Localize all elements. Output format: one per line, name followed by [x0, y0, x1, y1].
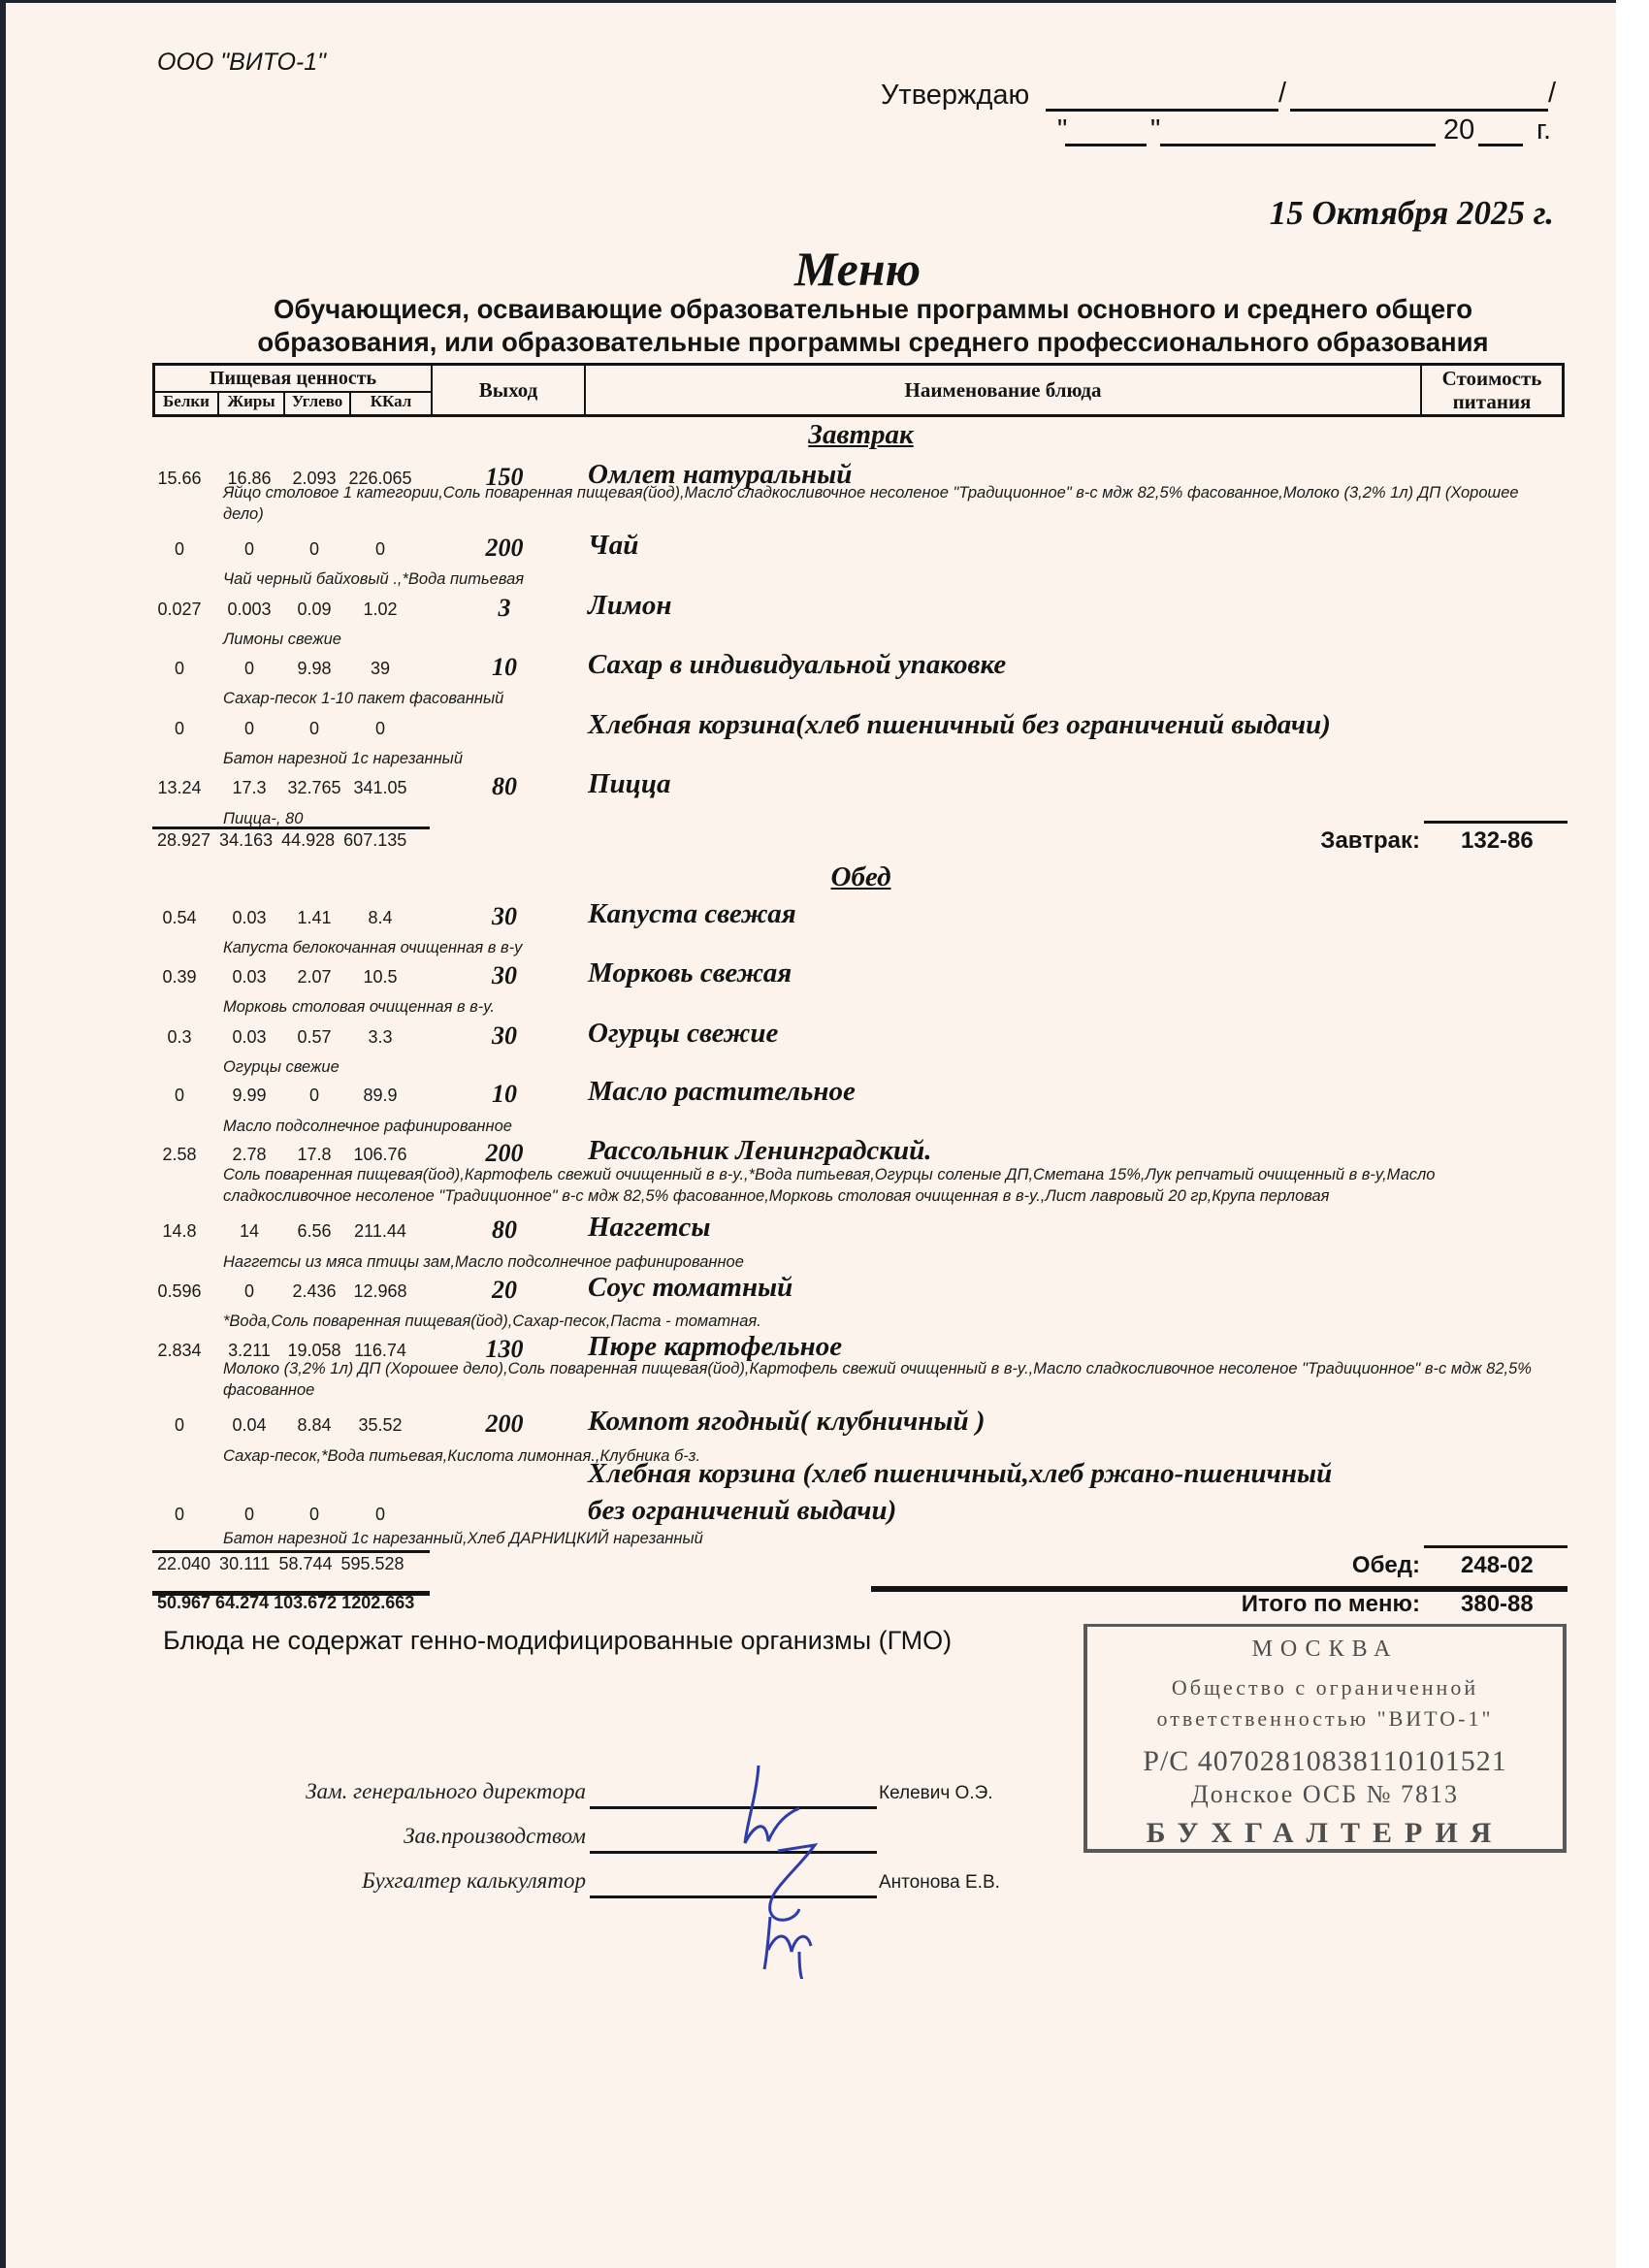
nutrition-kcal: 341.05 — [345, 778, 415, 798]
dish-ingredients: Яйцо столовое 1 категории,Соль поваренна… — [223, 482, 1562, 525]
nutrition-protein: 0 — [145, 1505, 214, 1525]
nutrition-carbs: 2.07 — [279, 967, 349, 988]
dish-yield: 200 — [466, 1409, 543, 1439]
nutrition-protein: 14.8 — [145, 1221, 214, 1242]
nutrition-kcal: 8.4 — [345, 908, 415, 928]
nutrition-kcal: 0 — [345, 539, 415, 560]
approve-slash: / — [1278, 78, 1286, 110]
grand-nutrition-totals: 50.967 64.274 103.672 1202.663 — [157, 1593, 414, 1613]
nutrition-protein: 0.027 — [145, 599, 214, 620]
nutrition-group-label: Пищевая ценность — [155, 366, 431, 393]
scan-edge-top — [0, 0, 1616, 3]
nutrition-carbs: 32.765 — [279, 778, 349, 798]
dish-ingredients: Молоко (3,2% 1л) ДП (Хорошее дело),Соль … — [223, 1358, 1562, 1401]
dish-ingredients: Батон нарезной 1с нарезанный,Хлеб ДАРНИЦ… — [223, 1528, 1562, 1549]
stamp-bank: Донское ОСБ № 7813 — [1087, 1780, 1563, 1809]
document-date: 15 Октября 2025 г. — [1270, 194, 1554, 233]
dish-name: Хлебная корзина(хлеб пшеничный без огран… — [588, 709, 1331, 741]
scan-edge-left — [0, 0, 6, 2268]
nutrition-protein: 2.834 — [145, 1341, 214, 1361]
nutrition-fat: 9.99 — [214, 1085, 284, 1106]
dish-yield: 3 — [466, 594, 543, 623]
nutrition-kcal: 3.3 — [345, 1027, 415, 1048]
nutrition-protein: 0.54 — [145, 908, 214, 928]
nutrition-fat: 0 — [214, 1505, 284, 1525]
grand-total-value: 380-88 — [1461, 1591, 1534, 1618]
section-title: Обед — [0, 861, 1649, 893]
section-cost-label: Завтрак: — [1164, 827, 1420, 855]
nutrition-protein: 0.596 — [145, 1281, 214, 1302]
stamp-line-2: ответственностью "ВИТО-1" — [1087, 1706, 1563, 1732]
handwritten-signatures — [718, 1727, 873, 1979]
col-protein: Белки — [155, 392, 219, 415]
signature-role: Зав.производством — [237, 1824, 586, 1849]
nutrition-header-cell: Пищевая ценность Белки Жиры Углево ККал — [155, 366, 433, 414]
nutrition-carbs: 8.84 — [279, 1415, 349, 1436]
nutrition-carbs: 1.41 — [279, 908, 349, 928]
dish-name: Огурцы свежие — [588, 1018, 778, 1050]
nutrition-kcal: 35.52 — [345, 1415, 415, 1436]
signatory-name: Келевич О.Э. — [879, 1783, 993, 1804]
dish-yield: 10 — [466, 1080, 543, 1109]
stamp-account: Р/С 40702810838110101521 — [1087, 1745, 1563, 1778]
dish-ingredients: Батон нарезной 1с нарезанный — [223, 748, 1562, 769]
company-name: ООО "ВИТО-1" — [157, 49, 326, 77]
nutrition-kcal: 1.02 — [345, 599, 415, 620]
nutrition-kcal: 39 — [345, 659, 415, 679]
approve-label: Утверждаю — [881, 80, 1029, 112]
gmo-note: Блюда не содержат генно-модифицированные… — [163, 1626, 952, 1656]
year-line — [1478, 144, 1523, 146]
nutrition-carbs: 2.436 — [279, 1281, 349, 1302]
year-prefix: 20 — [1443, 114, 1474, 146]
dish-ingredients: *Вода,Соль поваренная пищевая(йод),Сахар… — [223, 1311, 1562, 1332]
month-line — [1160, 144, 1436, 146]
nutrition-carbs: 9.98 — [279, 659, 349, 679]
stamp-department: БУХГАЛТЕРИЯ — [1087, 1817, 1563, 1850]
dish-ingredients: Чай черный байховый .,*Вода питьевая — [223, 568, 1562, 590]
day-line — [1065, 144, 1147, 146]
dish-name: Масло растительное — [588, 1076, 856, 1108]
signatory-name: Антонова Е.В. — [879, 1872, 1000, 1894]
dish-ingredients: Масло подсолнечное рафинированное — [223, 1116, 1562, 1137]
section-cost-rule — [1424, 1545, 1568, 1548]
nutrition-fat: 2.78 — [214, 1145, 284, 1165]
nutrition-fat: 0.03 — [214, 967, 284, 988]
nutrition-protein: 0 — [145, 1085, 214, 1106]
accounting-stamp: МОСКВА Общество с ограниченной ответстве… — [1083, 1624, 1567, 1853]
signature-role: Зам. генерального директора — [237, 1779, 586, 1804]
signature-role: Бухгалтер калькулятор — [237, 1868, 586, 1894]
nutrition-carbs: 17.8 — [279, 1145, 349, 1165]
stamp-city: МОСКВА — [1087, 1636, 1563, 1663]
dish-ingredients: Огурцы свежие — [223, 1056, 1562, 1078]
dish-ingredients: Наггетсы из мяса птицы зам,Масло подсолн… — [223, 1251, 1562, 1273]
nutrition-carbs: 0.57 — [279, 1027, 349, 1048]
dish-name: Сахар в индивидуальной упаковке — [588, 649, 1006, 681]
nutrition-carbs: 0 — [279, 1505, 349, 1525]
nutrition-protein: 0 — [145, 539, 214, 560]
section-title: Завтрак — [0, 419, 1649, 451]
section-nutrition-totals: 22.040 30.111 58.744 595.528 — [157, 1554, 404, 1574]
dish-name: Соус томатный — [588, 1272, 792, 1304]
section-nutrition-totals: 28.927 34.163 44.928 607.135 — [157, 830, 406, 851]
page-subtitle: Обучающиеся, осваивающие образовательные… — [194, 293, 1552, 359]
nutrition-fat: 0 — [214, 1281, 284, 1302]
dish-yield: 80 — [466, 772, 543, 801]
nutrition-protein: 2.58 — [145, 1145, 214, 1165]
section-total-rule — [152, 1550, 430, 1553]
menu-table-header: Пищевая ценность Белки Жиры Углево ККал … — [152, 363, 1565, 417]
nutrition-fat: 17.3 — [214, 778, 284, 798]
nutrition-kcal: 0 — [345, 1505, 415, 1525]
section-cost-label: Обед: — [1164, 1552, 1420, 1579]
dish-name: Морковь свежая — [588, 957, 792, 989]
col-carbs: Углево — [285, 392, 351, 415]
nutrition-fat: 0.03 — [214, 908, 284, 928]
section-total-rule — [152, 826, 430, 829]
nutrition-fat: 14 — [214, 1221, 284, 1242]
nutrition-kcal: 89.9 — [345, 1085, 415, 1106]
dish-name: Лимон — [588, 590, 672, 622]
nutrition-fat: 0 — [214, 719, 284, 739]
dish-yield: 200 — [466, 534, 543, 563]
nutrition-kcal: 106.76 — [345, 1145, 415, 1165]
date-quote-close: " — [1150, 114, 1160, 146]
nutrition-protein: 13.24 — [145, 778, 214, 798]
nutrition-protein: 0 — [145, 659, 214, 679]
dish-name: Чай — [588, 530, 638, 562]
dish-name: Компот ягодный( клубничный ) — [588, 1406, 986, 1438]
dish-ingredients: Сахар-песок 1-10 пакет фасованный — [223, 688, 1562, 709]
nutrition-kcal: 0 — [345, 719, 415, 739]
col-fat: Жиры — [219, 392, 285, 415]
nutrition-kcal: 10.5 — [345, 967, 415, 988]
nutrition-protein: 0 — [145, 1415, 214, 1436]
page-title: Меню — [0, 241, 1649, 297]
nutrition-carbs: 0 — [279, 1085, 349, 1106]
dish-name-continued: без ограничений выдачи) — [588, 1495, 896, 1527]
dish-yield: 30 — [466, 1021, 543, 1051]
dish-ingredients: Лимоны свежие — [223, 629, 1562, 650]
dish-name: Пицца — [588, 768, 670, 800]
approve-signature-line — [1046, 109, 1278, 112]
dish-name: Рассольник Ленинградский. — [588, 1135, 932, 1167]
stamp-line-1: Общество с ограниченной — [1087, 1675, 1563, 1701]
nutrition-carbs: 0 — [279, 719, 349, 739]
nutrition-carbs: 0.09 — [279, 599, 349, 620]
dish-name-header-cell: Наименование блюда — [586, 366, 1422, 414]
dish-yield: 30 — [466, 961, 543, 990]
date-quote-open: " — [1057, 114, 1067, 146]
dish-name: Капуста свежая — [588, 898, 796, 930]
approve-name-line — [1290, 109, 1548, 112]
dish-yield: 20 — [466, 1276, 543, 1305]
nutrition-fat: 0.03 — [214, 1027, 284, 1048]
nutrition-protein: 0.3 — [145, 1027, 214, 1048]
grand-total-label: Итого по меню: — [1067, 1591, 1420, 1618]
nutrition-fat: 0.04 — [214, 1415, 284, 1436]
cost-header-cell: Стоимость питания — [1422, 366, 1562, 414]
dish-name: Наггетсы — [588, 1212, 711, 1244]
dish-yield: 80 — [466, 1215, 543, 1245]
dish-name: Хлебная корзина (хлеб пшеничный,хлеб ржа… — [588, 1458, 1332, 1490]
nutrition-protein: 0 — [145, 719, 214, 739]
dish-ingredients: Капуста белокочанная очищенная в в-у — [223, 937, 1562, 958]
nutrition-protein: 0.39 — [145, 967, 214, 988]
nutrition-protein: 15.66 — [145, 469, 214, 489]
section-cost-value: 248-02 — [1461, 1552, 1534, 1579]
dish-ingredients: Соль поваренная пищевая(йод),Картофель с… — [223, 1164, 1562, 1207]
nutrition-kcal: 12.968 — [345, 1281, 415, 1302]
col-kcal: ККал — [351, 392, 431, 415]
nutrition-carbs: 0 — [279, 539, 349, 560]
year-suffix: г. — [1536, 114, 1551, 146]
dish-yield: 10 — [466, 653, 543, 682]
nutrition-fat: 0 — [214, 539, 284, 560]
dish-ingredients: Морковь столовая очищенная в в-у. — [223, 996, 1562, 1018]
dish-yield: 30 — [466, 902, 543, 931]
yield-header-cell: Выход — [433, 366, 586, 414]
nutrition-fat: 0.003 — [214, 599, 284, 620]
nutrition-carbs: 6.56 — [279, 1221, 349, 1242]
nutrition-kcal: 211.44 — [345, 1221, 415, 1242]
section-cost-value: 132-86 — [1461, 827, 1534, 855]
approve-slash-end: / — [1548, 78, 1556, 110]
section-cost-rule — [1424, 821, 1568, 824]
nutrition-fat: 0 — [214, 659, 284, 679]
